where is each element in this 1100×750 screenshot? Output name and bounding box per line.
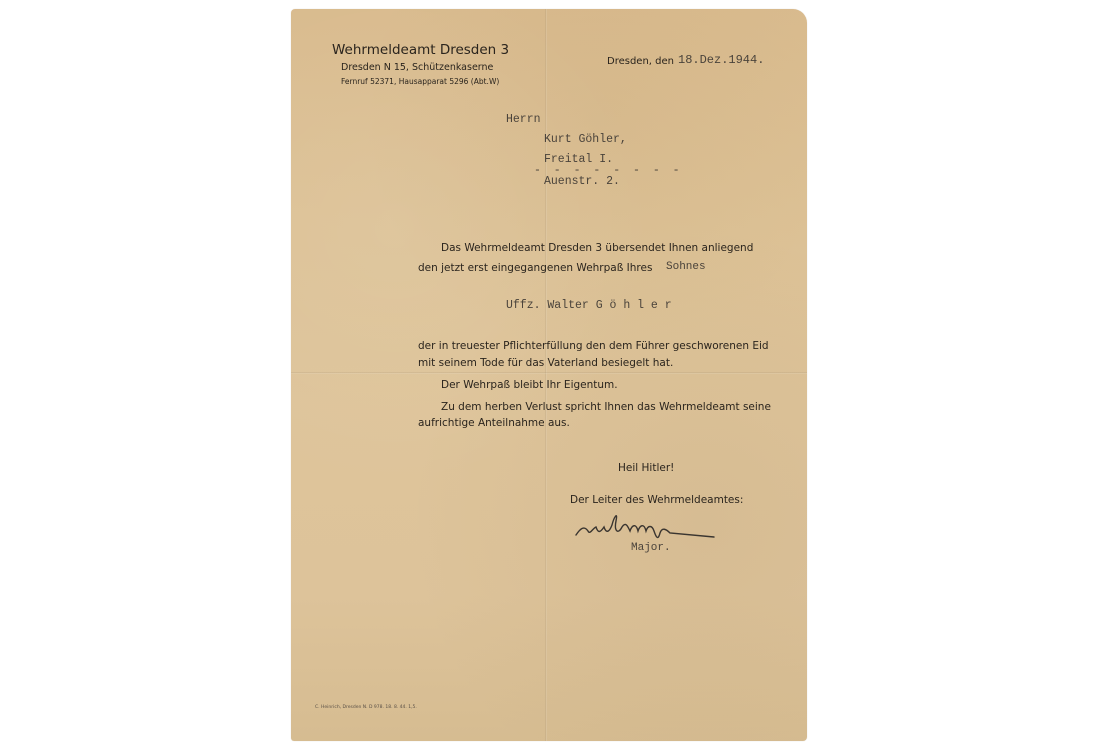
recipient-name: Kurt Göhler, [544,133,627,146]
body-relation: Sohnes [666,261,706,273]
letterhead-address: Dresden N 15, Schützenkaserne [341,62,493,73]
signatory-title: Der Leiter des Wehrmeldeamtes: [570,494,743,506]
body-line-6: Zu dem herben Verlust spricht Ihnen das … [441,401,771,413]
soldier-name: Uffz. Walter G ö h l e r [506,299,672,312]
letterhead-phone: Fernruf 52371, Hausapparat 5296 (Abt.W) [341,77,499,86]
vertical-fold-line [545,9,547,741]
body-line-1: Das Wehrmeldeamt Dresden 3 übersendet Ih… [441,242,753,254]
horizontal-fold-line [291,372,807,374]
recipient-street: Auenstr. 2. [544,175,620,188]
date-label: Dresden, den [607,56,674,67]
body-line-3: der in treuester Pflichterfüllung den de… [418,340,769,352]
closing-greeting: Heil Hitler! [618,462,674,474]
body-line-5: Der Wehrpaß bleibt Ihr Eigentum. [441,379,618,391]
recipient-salutation: Herrn [506,113,541,126]
printer-imprint: C. Heinrich, Dresden N. D 978. 18. 8. 44… [315,705,417,710]
body-line-2: den jetzt erst eingegangenen Wehrpaß Ihr… [418,262,652,274]
signatory-rank: Major. [631,542,671,554]
handwritten-signature [574,507,724,547]
body-line-7: aufrichtige Anteilnahme aus. [418,417,570,429]
body-line-4: mit seinem Tode für das Vaterland besieg… [418,357,673,369]
letter-paper: Wehrmeldeamt Dresden 3 Dresden N 15, Sch… [291,9,807,741]
date-value: 18.Dez.1944. [678,53,764,67]
letterhead-office: Wehrmeldeamt Dresden 3 [332,42,509,58]
